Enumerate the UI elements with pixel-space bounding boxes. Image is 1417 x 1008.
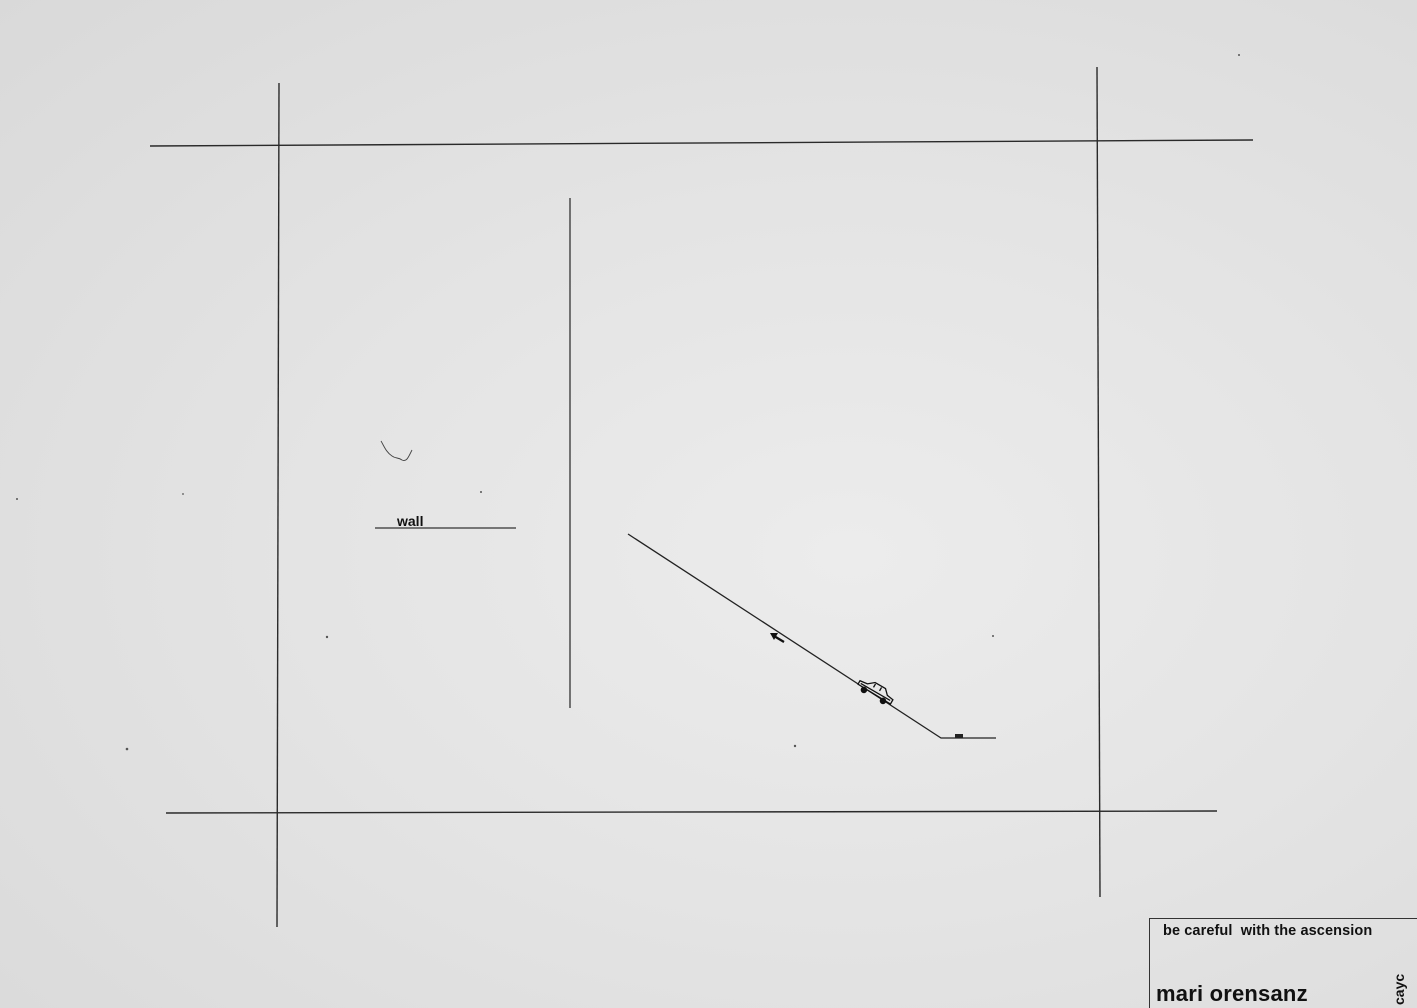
ground-marker xyxy=(955,734,963,738)
ascending-slope-line xyxy=(628,534,996,738)
wall-label: wall xyxy=(397,513,423,529)
artist-name: mari orensanz xyxy=(1156,981,1308,1007)
publisher-mark: cayc xyxy=(1391,974,1407,1005)
artwork-drawing xyxy=(0,0,1417,1008)
left-vertical-line xyxy=(277,83,279,927)
top-horizontal-line xyxy=(150,140,1253,146)
artwork-title: be careful with the ascension xyxy=(1163,923,1372,939)
caption-box: be careful with the ascension mari orens… xyxy=(1149,918,1417,1008)
bottom-horizontal-line xyxy=(166,811,1217,813)
car-icon xyxy=(856,676,896,708)
scribble-mark xyxy=(381,441,412,461)
paper-specks xyxy=(16,54,1240,750)
right-vertical-line xyxy=(1097,67,1100,897)
frame-crop-lines xyxy=(150,67,1253,927)
